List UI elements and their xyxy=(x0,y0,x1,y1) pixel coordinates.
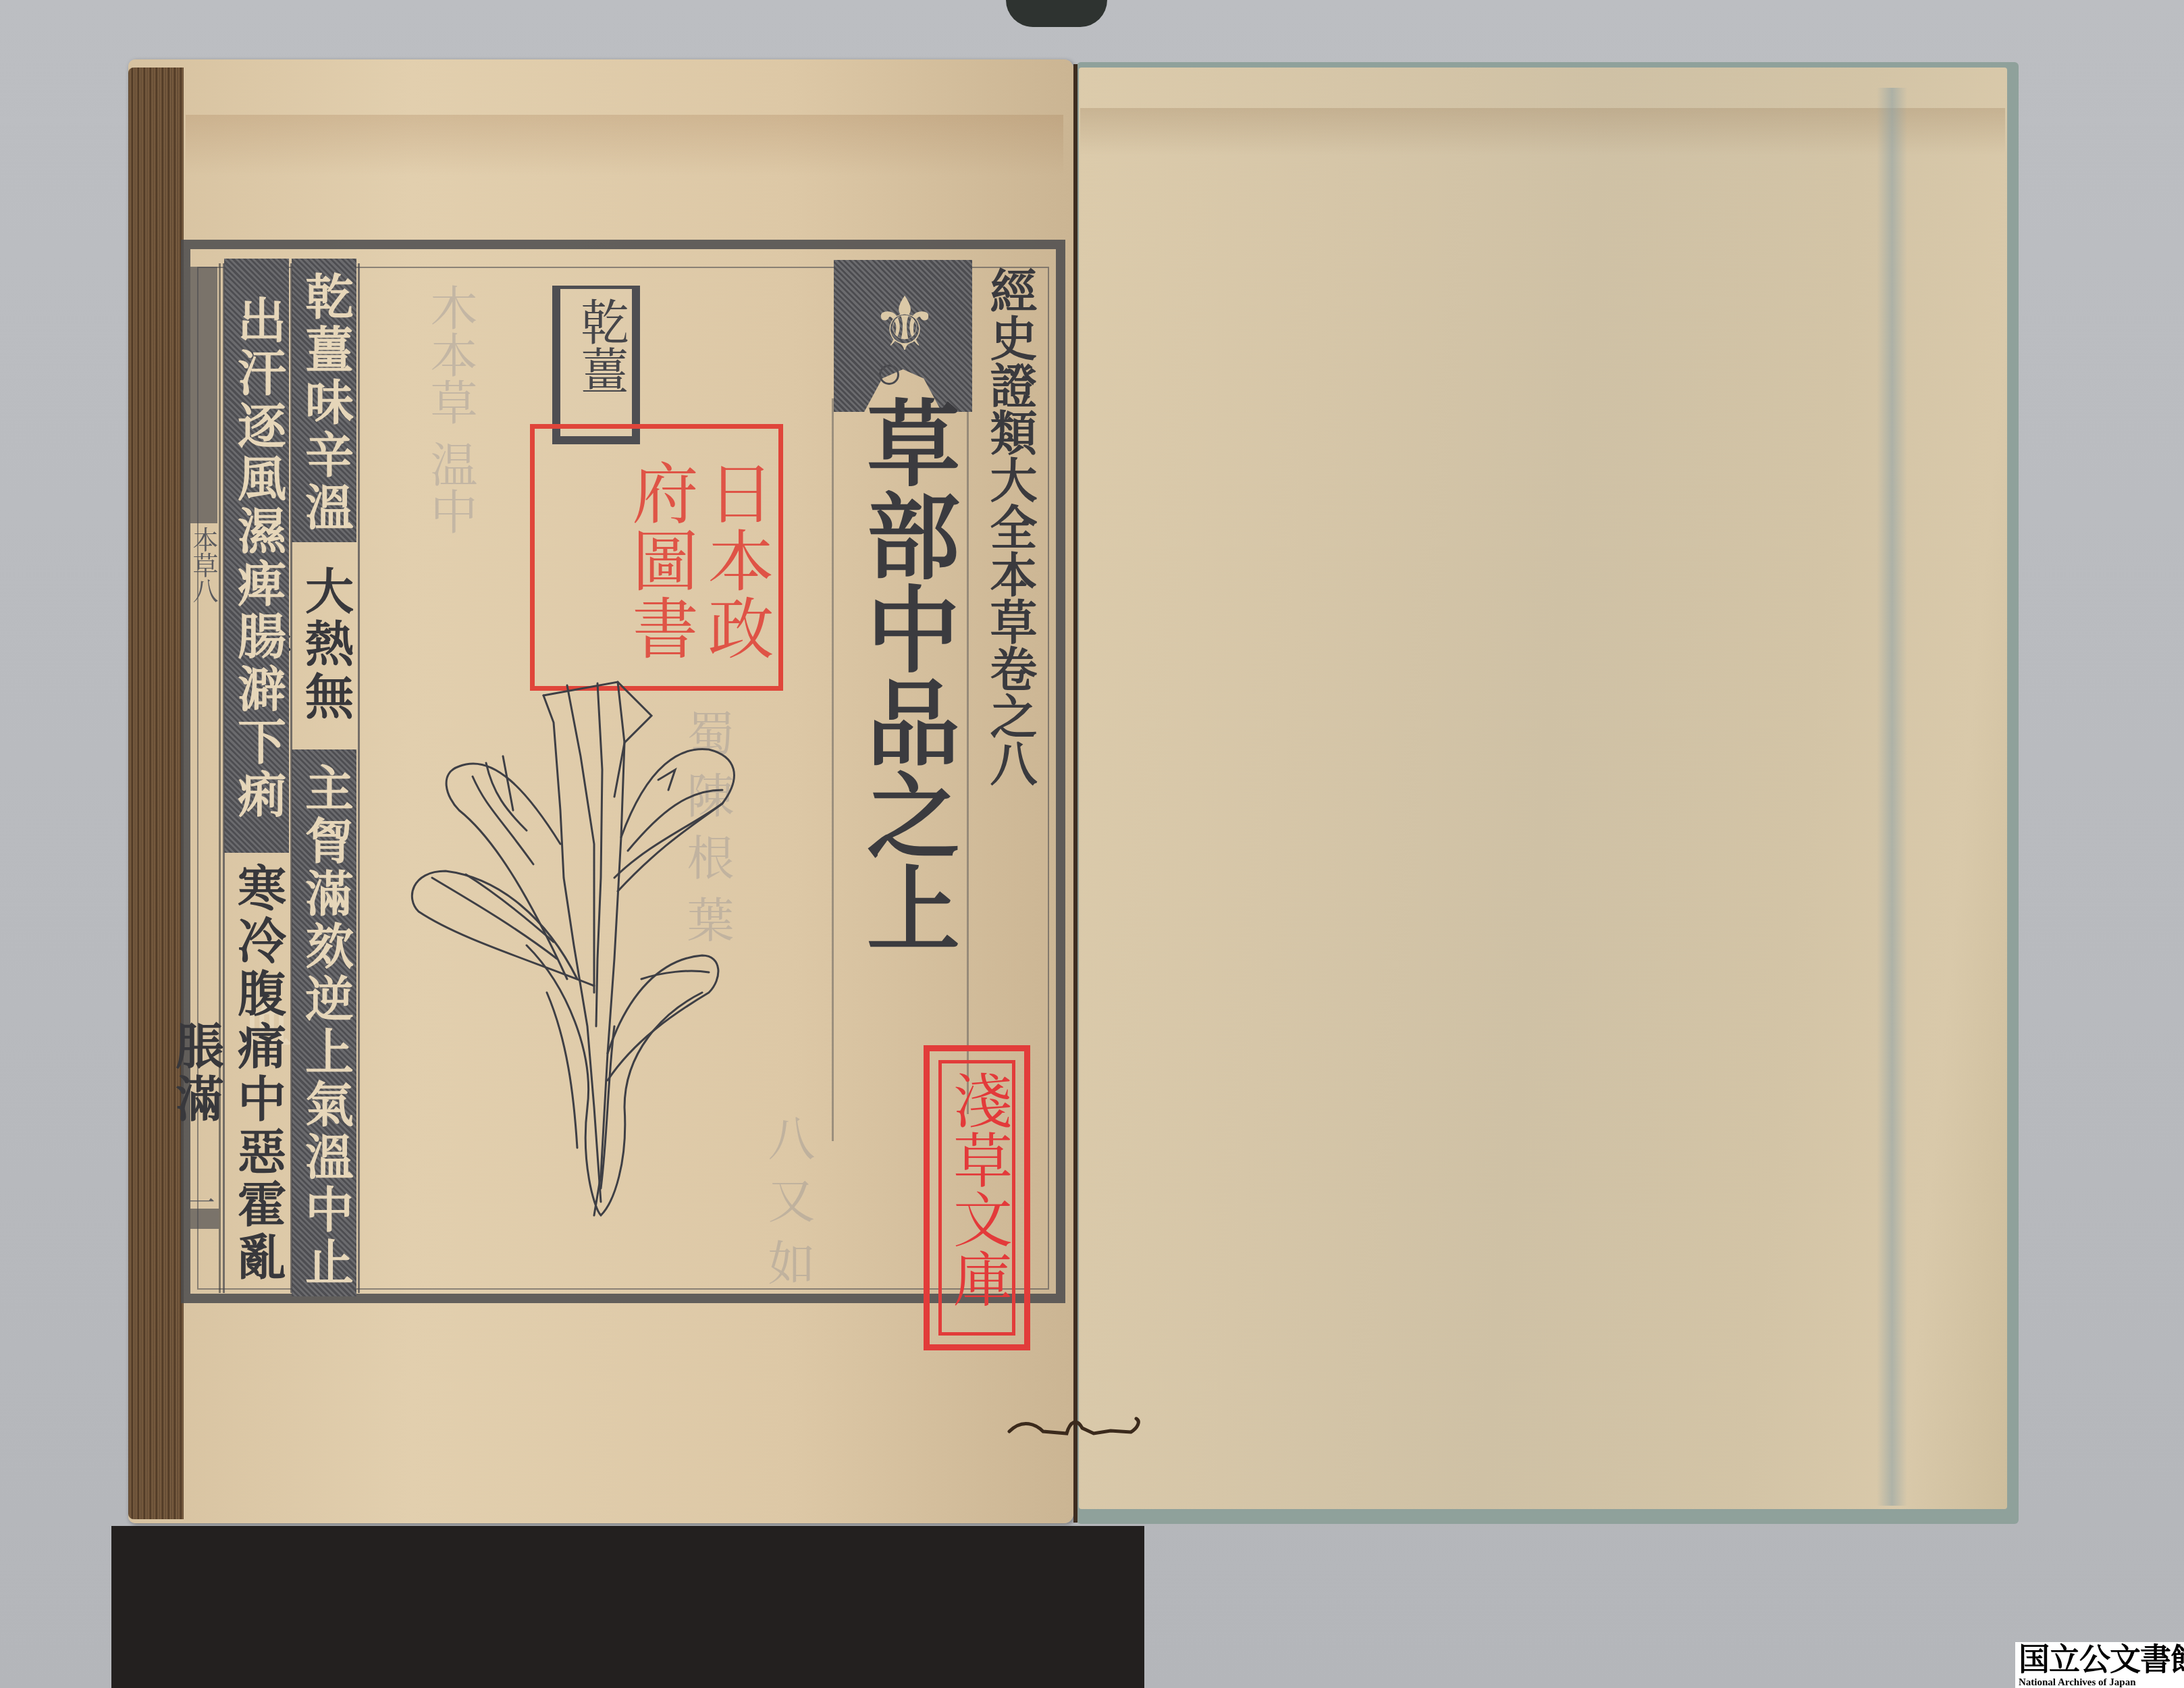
book-shadow xyxy=(111,1526,1144,1688)
margin-volume-label: 本草八 xyxy=(192,527,219,604)
book-title-header: 經史證類大全本草卷之八 xyxy=(972,267,1036,787)
margin-page-number: 一 xyxy=(193,1188,219,1215)
right-page-stain xyxy=(1080,108,2005,155)
text-column-1-inverted: 乾薑味辛溫 xyxy=(292,259,356,542)
text-column-2-plain: 寒冷腹痛中惡霍亂脹滿 xyxy=(224,854,289,1293)
gutter xyxy=(1073,64,1077,1523)
fleur-ornament-icon: ⚜ xyxy=(854,284,955,365)
binding-thread xyxy=(1003,1415,1151,1442)
column-rule xyxy=(223,263,225,1293)
column-rule xyxy=(290,263,292,1293)
entry-title: 乾薑 xyxy=(560,297,635,394)
column-rule xyxy=(832,398,834,1141)
naj-logo-japanese: 国立公文書館 xyxy=(2019,1642,2184,1676)
ginger-plant-illustration xyxy=(392,675,824,1249)
clip-shadow xyxy=(1006,0,1107,27)
asakusa-bunko-seal-text: 淺草文庫 xyxy=(942,1070,1012,1308)
column-rule xyxy=(358,263,360,1293)
chapter-title: 草部中品之上 xyxy=(841,395,962,954)
text-column-1-inverted-lower: 主胷滿欬逆上氣溫中止血 xyxy=(292,749,356,1296)
page-edges xyxy=(128,68,184,1519)
right-page-fold-band xyxy=(1877,88,1907,1506)
text-column-2-inverted: 出汗逐風濕痺腸澼下痢 xyxy=(224,259,289,853)
left-page-stain xyxy=(186,115,1063,176)
title-circle-mark xyxy=(879,365,899,385)
margin-strip xyxy=(190,263,221,1293)
text-column-1-plain: 大熱無毒 xyxy=(292,540,356,749)
right-page xyxy=(1079,68,2007,1509)
square-seal-text: 日本政府圖書 xyxy=(540,446,773,675)
naj-logo-english: National Archives of Japan xyxy=(2019,1677,2184,1688)
